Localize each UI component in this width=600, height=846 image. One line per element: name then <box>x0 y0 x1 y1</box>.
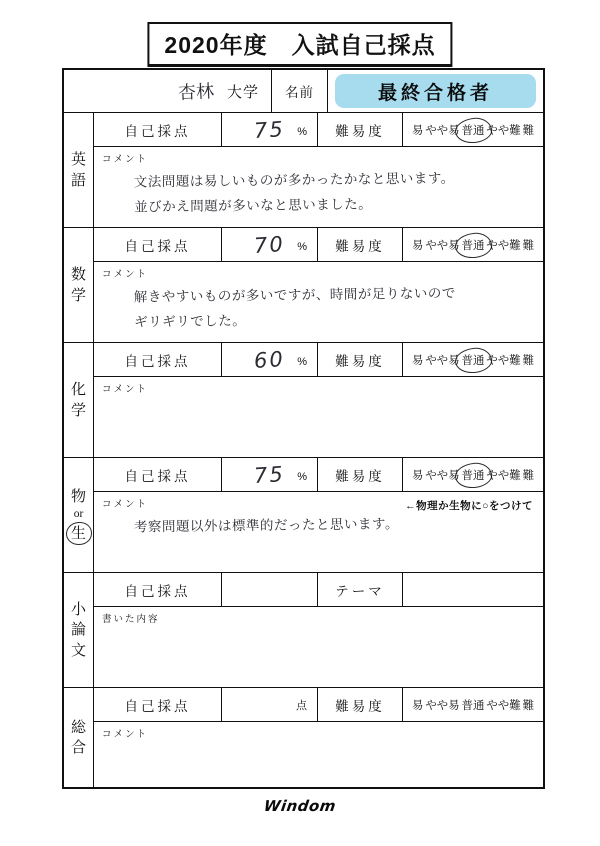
comment-handwritten-text: 考察問題以外は標準的だったと思います。 <box>134 511 535 541</box>
difficulty-option: やや易 <box>425 697 460 713</box>
subject-row-physics-or-biology: 物or生自己採点75%難易度易やや易普通やや難難コメント←物理か生物に○をつけて… <box>64 458 543 573</box>
difficulty-options-english: 易やや易普通やや難難 <box>403 113 543 146</box>
comment-handwritten-text: 文法問題は易しいものが多かったかなと思います。並びかえ問題が多いなと思いました。 <box>134 166 536 221</box>
difficulty-options-physics-or-biology: 易やや易普通やや難難 <box>403 458 543 491</box>
difficulty-option: 難 <box>523 122 535 138</box>
comment-area-physics-or-biology: コメント←物理か生物に○をつけて考察問題以外は標準的だったと思います。 <box>94 492 543 572</box>
subject-name-essay: 小論文 <box>64 573 94 687</box>
difficulty-label: 難易度 <box>318 458 403 491</box>
subject-name-english: 英語 <box>64 113 94 227</box>
subject-name-char: 語 <box>71 172 86 189</box>
difficulty-label: 難易度 <box>318 343 403 376</box>
subject-row-chemistry: 化学自己採点60%難易度易やや易普通やや難難コメント <box>64 343 543 458</box>
name-label: 名前 <box>285 81 314 101</box>
windom-logo: Windom <box>263 797 338 815</box>
subject-name-char: 学 <box>71 402 86 419</box>
self-score-label: 自己採点 <box>94 113 222 146</box>
self-score-handwritten: 75 <box>253 116 285 142</box>
subject-row-body-chemistry: 自己採点60%難易度易やや易普通やや難難コメント <box>94 343 543 457</box>
subject-name-chemistry: 化学 <box>64 343 94 457</box>
difficulty-label: 難易度 <box>318 113 403 146</box>
difficulty-option: 普通 <box>461 237 484 253</box>
self-score-label: 自己採点 <box>94 688 222 721</box>
score-line-english: 自己採点75%難易度易やや易普通やや難難 <box>94 113 543 147</box>
difficulty-options-overall: 易やや易普通やや難難 <box>403 688 543 721</box>
self-score-label: 自己採点 <box>94 228 222 261</box>
subject-name-char: 論 <box>71 621 86 638</box>
subject-name-math: 数学 <box>64 228 94 342</box>
difficulty-option: やや難 <box>486 352 521 368</box>
self-score-label: 自己採点 <box>94 458 222 491</box>
final-pass-badge: 最終合格者 <box>335 74 536 108</box>
self-score-label: 自己採点 <box>94 343 222 376</box>
subject-name-char: 化 <box>71 381 86 398</box>
difficulty-option: 易 <box>412 467 424 483</box>
difficulty-option: 普通 <box>461 697 484 713</box>
subject-name-char: 文 <box>71 642 86 659</box>
subject-row-body-english: 自己採点75%難易度易やや易普通やや難難コメント文法問題は易しいものが多かったか… <box>94 113 543 227</box>
subject-name-char: 数 <box>71 266 86 283</box>
comment-area-overall: コメント <box>94 722 543 787</box>
score-form-table: 杏林 大学 名前 最終合格者 英語自己採点75%難易度易やや易普通やや難難コメン… <box>62 68 545 789</box>
subject-name-char: or <box>74 508 84 521</box>
self-score-value-cell-chemistry: 60% <box>222 343 318 376</box>
difficulty-option: 易 <box>412 122 424 138</box>
self-score-handwritten: 60 <box>253 346 285 372</box>
score-line-essay: 自己採点テーマ <box>94 573 543 607</box>
difficulty-option: 易 <box>412 697 424 713</box>
university-name-handwritten: 杏林 <box>177 77 214 105</box>
difficulty-option: 難 <box>523 467 535 483</box>
difficulty-option: 難 <box>523 697 535 713</box>
subject-row-body-overall: 自己採点点難易度易やや易普通やや難難コメント <box>94 688 543 787</box>
subject-row-body-essay: 自己採点テーマ書いた内容 <box>94 573 543 687</box>
name-label-cell: 名前 <box>272 70 328 112</box>
self-score-value-cell-english: 75% <box>222 113 318 146</box>
self-score-value-cell-overall: 点 <box>222 688 318 721</box>
subject-row-math: 数学自己採点70%難易度易やや易普通やや難難コメント解きやすいものが多いですが、… <box>64 228 543 343</box>
comment-label: コメント <box>102 151 535 165</box>
subject-name-char: 英 <box>71 151 86 168</box>
subject-rows: 英語自己採点75%難易度易やや易普通やや難難コメント文法問題は易しいものが多かっ… <box>64 113 543 787</box>
result-badge-cell: 最終合格者 <box>328 70 543 112</box>
difficulty-option: 普通 <box>461 122 484 138</box>
subject-name-char: 学 <box>71 287 86 304</box>
self-score-value-cell-essay <box>222 573 318 606</box>
comment-label: 書いた内容 <box>102 611 535 625</box>
difficulty-label: 難易度 <box>318 688 403 721</box>
subject-name-overall: 総合 <box>64 688 94 787</box>
comment-area-essay: 書いた内容 <box>94 607 543 687</box>
difficulty-option: やや難 <box>486 697 521 713</box>
comment-area-english: コメント文法問題は易しいものが多かったかなと思います。並びかえ問題が多いなと思い… <box>94 147 543 227</box>
subject-row-body-physics-or-biology: 自己採点75%難易度易やや易普通やや難難コメント←物理か生物に○をつけて考察問題… <box>94 458 543 572</box>
difficulty-label: 難易度 <box>318 228 403 261</box>
difficulty-option: 難 <box>523 352 535 368</box>
difficulty-options-math: 易やや易普通やや難難 <box>403 228 543 261</box>
score-line-chemistry: 自己採点60%難易度易やや易普通やや難難 <box>94 343 543 377</box>
subject-name-physics-or-biology: 物or生 <box>64 458 94 572</box>
comment-label: コメント <box>102 266 535 280</box>
score-unit-label: % <box>297 356 307 368</box>
theme-label: テーマ <box>318 573 403 606</box>
form-header-row: 杏林 大学 名前 最終合格者 <box>64 70 543 113</box>
difficulty-option: 難 <box>523 237 535 253</box>
comment-label: コメント <box>102 726 535 740</box>
score-line-overall: 自己採点点難易度易やや易普通やや難難 <box>94 688 543 722</box>
subject-row-essay: 小論文自己採点テーマ書いた内容 <box>64 573 543 688</box>
score-unit-label: % <box>297 471 307 483</box>
score-line-math: 自己採点70%難易度易やや易普通やや難難 <box>94 228 543 262</box>
difficulty-option: やや難 <box>486 467 521 483</box>
comment-line: 並びかえ問題が多いなと思いました。 <box>134 191 535 221</box>
self-score-label: 自己採点 <box>94 573 222 606</box>
difficulty-option: 普通 <box>461 352 484 368</box>
comment-line: ギリギリでした。 <box>134 306 535 336</box>
university-label: 大学 <box>227 81 259 102</box>
subject-name-char: 小 <box>71 601 86 618</box>
comment-label: コメント <box>102 381 535 395</box>
self-score-handwritten: 75 <box>253 461 285 487</box>
score-unit-label: % <box>297 126 307 138</box>
self-score-value-cell-math: 70% <box>222 228 318 261</box>
difficulty-options-chemistry: 易やや易普通やや難難 <box>403 343 543 376</box>
subject-name-char: 合 <box>71 739 86 756</box>
comment-line: 考察問題以外は標準的だったと思います。 <box>134 511 535 541</box>
subject-row-overall: 総合自己採点点難易度易やや易普通やや難難コメント <box>64 688 543 787</box>
page-title: 2020年度 入試自己採点 <box>147 22 452 67</box>
difficulty-option: 普通 <box>461 467 484 483</box>
subject-name-char: 物 <box>71 488 86 505</box>
score-sheet-page: 2020年度 入試自己採点 杏林 大学 名前 最終合格者 英語自己採点75%難易… <box>0 0 600 846</box>
comment-handwritten-text: 解きやすいものが多いですが、時間が足りないのでギリギリでした。 <box>134 281 536 336</box>
self-score-value-cell-physics-or-biology: 75% <box>222 458 318 491</box>
subject-name-char: 総 <box>71 719 86 736</box>
difficulty-option: 易 <box>412 237 424 253</box>
comment-area-chemistry: コメント <box>94 377 543 457</box>
university-cell: 杏林 大学 <box>64 70 272 112</box>
subject-name-char: 生 <box>71 525 86 542</box>
score-unit-label: 点 <box>296 697 307 713</box>
subject-row-body-math: 自己採点70%難易度易やや易普通やや難難コメント解きやすいものが多いですが、時間… <box>94 228 543 342</box>
self-score-handwritten: 70 <box>253 231 285 257</box>
difficulty-option: 易 <box>412 352 424 368</box>
difficulty-option: やや難 <box>486 237 521 253</box>
score-unit-label: % <box>297 241 307 253</box>
subject-row-english: 英語自己採点75%難易度易やや易普通やや難難コメント文法問題は易しいものが多かっ… <box>64 113 543 228</box>
theme-value-cell <box>403 573 543 606</box>
score-line-physics-or-biology: 自己採点75%難易度易やや易普通やや難難 <box>94 458 543 492</box>
difficulty-option: やや難 <box>486 122 521 138</box>
comment-area-math: コメント解きやすいものが多いですが、時間が足りないのでギリギリでした。 <box>94 262 543 342</box>
